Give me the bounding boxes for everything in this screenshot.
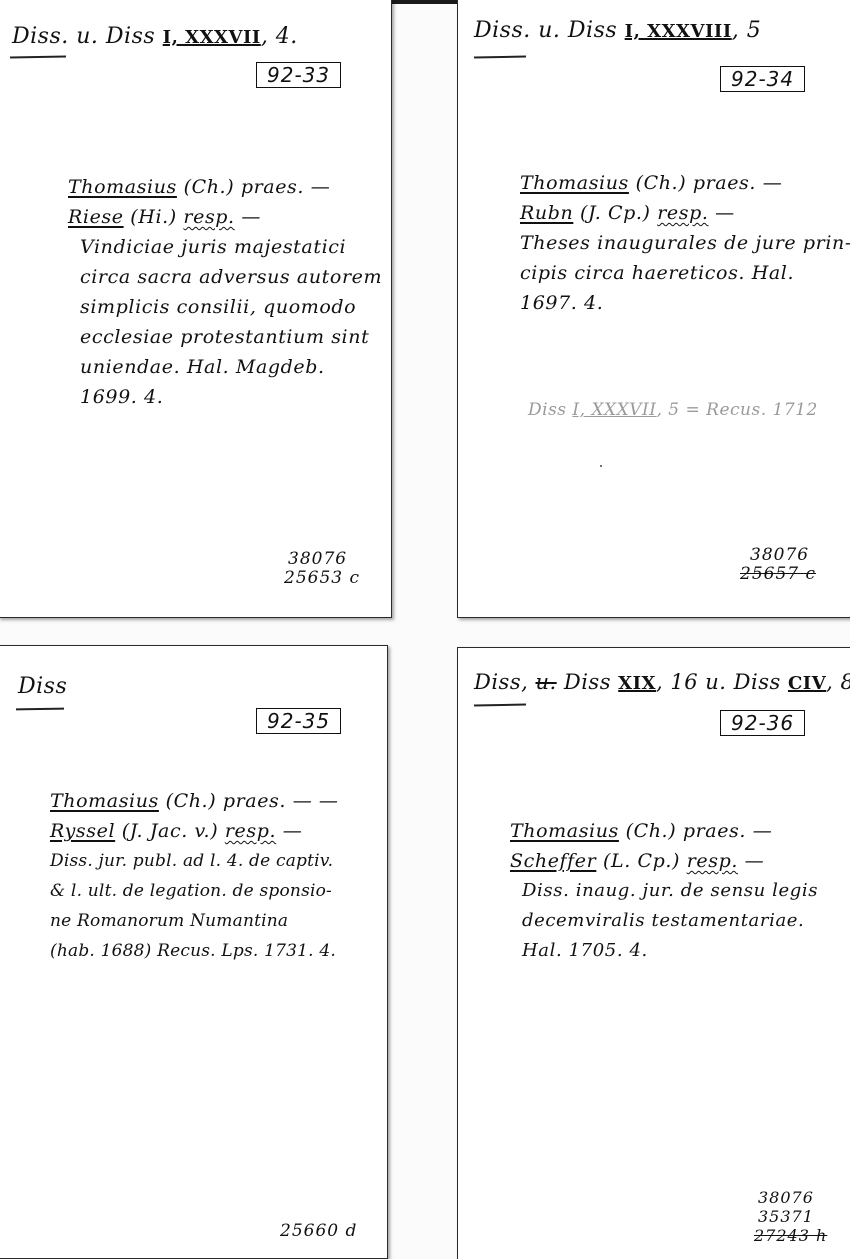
title-line: ecclesiae protestantium sint bbox=[80, 322, 382, 352]
shelfmark-roman: I, XXXVIII bbox=[625, 21, 732, 42]
shelfmark-roman-2: CIV bbox=[788, 673, 826, 694]
praeses-line: Thomasius (Ch.) praes. — bbox=[520, 168, 850, 198]
title-block: Vindiciae juris majestatici circa sacra … bbox=[68, 232, 382, 412]
title-line: ne Romanorum Numantina bbox=[50, 906, 339, 936]
title-block: Diss. inaug. jur. de sensu legis decemvi… bbox=[510, 876, 818, 966]
respondent-dash: — bbox=[276, 820, 302, 842]
praeses-line: Thomasius (Ch.) praes. — — bbox=[50, 786, 339, 816]
pencil-note-suffix: , 5 = Recus. 1712 bbox=[656, 400, 817, 420]
shelfmark-roman: I, XXXVII bbox=[163, 27, 261, 48]
entry-body: Thomasius (Ch.) praes. — — Ryssel (J. Ja… bbox=[50, 786, 339, 966]
shelfmark-suffix: , 5 bbox=[732, 18, 761, 43]
respondent-role: resp. bbox=[183, 206, 234, 228]
pencil-note: Diss I, XXXVII, 5 = Recus. 1712 bbox=[528, 400, 818, 420]
shelfmark-suffix: , 8 bbox=[826, 670, 850, 694]
title-line: cipis circa haereticos. Hal. bbox=[520, 258, 850, 288]
respondent-role: resp. bbox=[687, 850, 738, 872]
shelfmark-middle: Diss bbox=[564, 670, 611, 694]
title-line: Diss. jur. publ. ad l. 4. de captiv. bbox=[50, 846, 339, 876]
shelfmark-struck: u. bbox=[535, 670, 556, 694]
accession-number: 25653 c bbox=[284, 569, 360, 588]
call-number-box: 92-34 bbox=[720, 66, 805, 92]
accession-numbers: 38076 25657 c bbox=[750, 546, 816, 584]
call-number-box: 92-33 bbox=[256, 62, 341, 88]
accession-number: 35371 bbox=[758, 1207, 827, 1226]
title-line: Hal. 1705. 4. bbox=[522, 936, 818, 966]
respondent-initials: (L. Cp.) bbox=[603, 850, 680, 872]
praeses-role: praes. — bbox=[693, 172, 782, 194]
accession-number: 38076 bbox=[758, 1188, 827, 1207]
praeses-initials: (Ch.) bbox=[636, 172, 687, 194]
shelfmark-mid-suffix: , 16 u. Diss bbox=[656, 670, 781, 694]
respondent-line: Scheffer (L. Cp.) resp. — bbox=[510, 846, 818, 876]
praeses-name: Thomasius bbox=[50, 790, 159, 812]
respondent-initials: (J. Cp.) bbox=[580, 202, 651, 224]
shelfmark-suffix: , 4. bbox=[261, 24, 298, 49]
call-number-box: 92-36 bbox=[720, 710, 805, 736]
shelfmark-prefix: Diss. u. Diss bbox=[474, 18, 617, 43]
catalog-card-1: Diss. u. Diss I, XXXVII, 4. 92-33 Thomas… bbox=[0, 0, 392, 618]
praeses-name: Thomasius bbox=[510, 820, 619, 842]
accession-numbers: 38076 35371 27243 h bbox=[758, 1188, 827, 1245]
praeses-role: praes. — — bbox=[223, 790, 339, 812]
shelfmark-prefix: Diss bbox=[18, 674, 67, 699]
respondent-line: Ryssel (J. Jac. v.) resp. — bbox=[50, 816, 339, 846]
shelfmark: Diss, u. Diss XIX, 16 u. Diss CIV, 8 bbox=[474, 670, 850, 694]
title-block: Theses inaugurales de jure prin- cipis c… bbox=[520, 228, 850, 318]
struck-accession-number: 25657 c bbox=[740, 565, 816, 584]
speck bbox=[600, 465, 602, 467]
respondent-dash: — bbox=[738, 850, 764, 872]
respondent-initials: (Hi.) bbox=[130, 206, 177, 228]
respondent-name: Riese bbox=[68, 206, 124, 228]
respondent-initials: (J. Jac. v.) bbox=[122, 820, 218, 842]
shelfmark-underline bbox=[474, 56, 526, 59]
shelfmark-roman: XIX bbox=[618, 673, 656, 694]
accession-number: 25660 d bbox=[280, 1222, 357, 1241]
accession-number: 38076 bbox=[750, 546, 816, 565]
shelfmark-underline bbox=[16, 708, 64, 711]
respondent-line: Rubn (J. Cp.) resp. — bbox=[520, 198, 850, 228]
title-line: Diss. inaug. jur. de sensu legis bbox=[522, 876, 818, 906]
respondent-dash: — bbox=[235, 206, 261, 228]
praeses-line: Thomasius (Ch.) praes. — bbox=[510, 816, 818, 846]
respondent-name: Rubn bbox=[520, 202, 573, 224]
praeses-initials: (Ch.) bbox=[626, 820, 677, 842]
struck-accession-number: 27243 h bbox=[754, 1226, 827, 1245]
catalog-card-3: Diss 92-35 Thomasius (Ch.) praes. — — Ry… bbox=[0, 645, 388, 1259]
praeses-line: Thomasius (Ch.) praes. — bbox=[68, 172, 382, 202]
shelfmark: Diss. u. Diss I, XXXVIII, 5 bbox=[474, 18, 761, 43]
shelfmark: Diss bbox=[18, 674, 67, 699]
praeses-role: praes. — bbox=[683, 820, 772, 842]
praeses-role: praes. — bbox=[241, 176, 330, 198]
shelfmark-prefix: Diss, bbox=[474, 670, 528, 694]
praeses-initials: (Ch.) bbox=[166, 790, 217, 812]
title-line: Theses inaugurales de jure prin- bbox=[520, 228, 850, 258]
shelfmark: Diss. u. Diss I, XXXVII, 4. bbox=[12, 24, 298, 49]
title-line: circa sacra adversus autorem bbox=[80, 262, 382, 292]
title-line: Vindiciae juris majestatici bbox=[80, 232, 382, 262]
respondent-dash: — bbox=[709, 202, 735, 224]
title-line: 1697. 4. bbox=[520, 288, 850, 318]
title-line: 1699. 4. bbox=[80, 382, 382, 412]
title-line: & l. ult. de legation. de sponsio- bbox=[50, 876, 339, 906]
catalog-card-4: Diss, u. Diss XIX, 16 u. Diss CIV, 8 92-… bbox=[457, 647, 850, 1259]
praeses-name: Thomasius bbox=[68, 176, 177, 198]
pencil-note-roman: I, XXXVII bbox=[572, 400, 656, 420]
respondent-name: Scheffer bbox=[510, 850, 596, 872]
entry-body: Thomasius (Ch.) praes. — Rubn (J. Cp.) r… bbox=[520, 168, 850, 318]
accession-numbers: 25660 d bbox=[280, 1222, 357, 1241]
shelfmark-underline bbox=[474, 704, 526, 707]
title-block: Diss. jur. publ. ad l. 4. de captiv. & l… bbox=[50, 846, 339, 966]
praeses-initials: (Ch.) bbox=[184, 176, 235, 198]
title-line: decemviralis testamentariae. bbox=[522, 906, 818, 936]
title-line: simplicis consilii, quomodo bbox=[80, 292, 382, 322]
title-line: uniendae. Hal. Magdeb. bbox=[80, 352, 382, 382]
respondent-role: resp. bbox=[657, 202, 708, 224]
catalog-card-2: Diss. u. Diss I, XXXVIII, 5 92-34 Thomas… bbox=[457, 0, 850, 618]
entry-body: Thomasius (Ch.) praes. — Scheffer (L. Cp… bbox=[510, 816, 818, 966]
pencil-note-prefix: Diss bbox=[528, 400, 567, 420]
shelfmark-underline bbox=[10, 56, 66, 59]
praeses-name: Thomasius bbox=[520, 172, 629, 194]
shelfmark-prefix: Diss. u. Diss bbox=[12, 24, 155, 49]
respondent-name: Ryssel bbox=[50, 820, 115, 842]
respondent-line: Riese (Hi.) resp. — bbox=[68, 202, 382, 232]
accession-number: 38076 bbox=[288, 550, 360, 569]
title-line: (hab. 1688) Recus. Lps. 1731. 4. bbox=[50, 936, 339, 966]
respondent-role: resp. bbox=[225, 820, 276, 842]
call-number-box: 92-35 bbox=[256, 708, 341, 734]
entry-body: Thomasius (Ch.) praes. — Riese (Hi.) res… bbox=[68, 172, 382, 412]
accession-numbers: 38076 25653 c bbox=[288, 550, 360, 588]
